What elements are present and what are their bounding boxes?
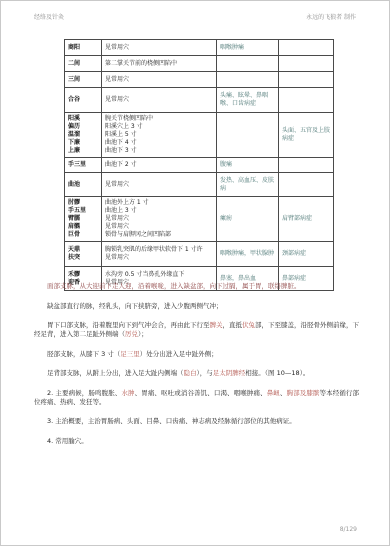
point-name-cell: 肘髎手五里臂臑肩髃巨骨 xyxy=(65,197,102,242)
point-indication-cell xyxy=(217,113,279,158)
point-name-cell: 曲池 xyxy=(65,173,102,197)
body-paragraphs: 面部支脉，从大迎前下走人迎，沿着喉咙，进入缺盆部，向下过膈，属于胃，联络脾脏。缺… xyxy=(34,282,359,456)
document-page: 经络及针灸 永远的飞狼者 制作 商阳见常用穴咽喉肿痛二间第二掌关节前的桡侧凹陷中… xyxy=(0,0,390,546)
point-name-cell: 二间 xyxy=(65,56,102,72)
paragraph: 面部支脉，从大迎前下走人迎，沿着喉咙，进入缺盆部，向下过膈，属于胃，联络脾脏。 xyxy=(34,282,359,291)
point-indication-cell: 发热、高血压、皮肤病 xyxy=(217,173,279,197)
point-location-cell: 第二掌关节前的桡侧凹陷中 xyxy=(102,56,217,72)
paragraph-text: 4. 常用腧穴。 xyxy=(47,437,88,445)
page-number: 8/129 xyxy=(340,526,357,533)
point-indication-cell: 腹痛 xyxy=(217,158,279,173)
highlighted-term: 髀关 xyxy=(210,321,223,329)
table-row: 手三里曲池下 2 寸腹痛 xyxy=(65,158,334,173)
highlighted-term: 厉兑 xyxy=(125,330,138,338)
point-location-cell: 见常用穴 xyxy=(102,173,217,197)
point-category-cell xyxy=(279,173,334,197)
highlighted-term: 胸部及膝髌 xyxy=(287,389,320,397)
paragraph: 胫部支脉，从膝下 3 寸（足三里）处分出进入足中趾外侧； xyxy=(34,350,359,359)
point-indication-cell: 咽喉肿痛，甲状腺肿 xyxy=(217,242,279,267)
point-location-cell: 见常用穴 xyxy=(102,40,217,56)
paragraph-text: ），与 xyxy=(197,369,213,377)
paragraph-text: 、胃痛、呕吐或消谷善饥、口渴、咽喉肿痛、 xyxy=(135,389,267,397)
highlighted-term: 足三里 xyxy=(120,350,140,358)
point-name-cell: 合谷 xyxy=(65,88,102,113)
point-category-cell xyxy=(279,40,334,56)
paragraph-text: 胃下口部支脉，沿着腹里向下到气冲会合，再由此下行至 xyxy=(47,321,210,329)
paragraph-text: ，直抵 xyxy=(223,321,243,329)
header-right-credit: 永远的飞狼者 制作 xyxy=(306,14,356,21)
paragraph-text: ）处分出进入足中趾外侧； xyxy=(140,350,218,358)
table-row: 曲池见常用穴发热、高血压、皮肤病 xyxy=(65,173,334,197)
table-row: 天鼎扶突胸锁乳突肌的后缘甲状软骨下 1 寸许见常用穴咽喉肿痛，甲状腺肿颈部病症 xyxy=(65,242,334,267)
table-row: 三间见常用穴 xyxy=(65,72,334,88)
point-category-cell: 头面、五官及上肢病症 xyxy=(279,113,334,158)
point-location-cell: 见常用穴 xyxy=(102,88,217,113)
acupoints-table: 商阳见常用穴咽喉肿痛二间第二掌关节前的桡侧凹陷中三间见常用穴合谷见常用穴头痛、眩… xyxy=(64,39,334,291)
point-category-cell xyxy=(279,158,334,173)
paragraph: 3. 主治概要，主治胃肠病、头面、目鼻、口齿痛、神志病及经脉循行部位的其他病证。 xyxy=(34,417,359,426)
point-name-cell: 三间 xyxy=(65,72,102,88)
paragraph-text: 、 xyxy=(280,389,287,397)
point-location-cell: 见常用穴 xyxy=(102,72,217,88)
paragraph: 足背部支脉，从跗上分出，进入足大趾内侧端（隐白），与足太阴脾经相接。（图 10—… xyxy=(34,369,359,378)
point-category-cell: 肩臂部病症 xyxy=(279,197,334,242)
point-indication-cell xyxy=(217,72,279,88)
highlighted-term: 隐白 xyxy=(184,369,197,377)
header-left-title: 经络及针灸 xyxy=(34,14,64,21)
highlighted-term: 水肿 xyxy=(121,389,134,397)
table-row: 商阳见常用穴咽喉肿痛 xyxy=(65,40,334,56)
point-indication-cell: 瘰疬 xyxy=(217,197,279,242)
point-location-cell: 曲池下 2 寸 xyxy=(102,158,217,173)
point-name-cell: 商阳 xyxy=(65,40,102,56)
point-location-cell: 腕关节桡侧凹陷中阳溪穴上 3 寸阳溪上 5 寸曲池下 4 寸曲池下 3 寸 xyxy=(102,113,217,158)
table-row: 二间第二掌关节前的桡侧凹陷中 xyxy=(65,56,334,72)
point-name-cell: 手三里 xyxy=(65,158,102,173)
point-location-cell: 胸锁乳突肌的后缘甲状软骨下 1 寸许见常用穴 xyxy=(102,242,217,267)
point-indication-cell xyxy=(217,56,279,72)
paragraph-text: 缺盆部直行的脉，经乳头，向下挟脐旁，进入少腹两侧气冲； xyxy=(47,302,223,310)
point-category-cell xyxy=(279,56,334,72)
paragraph: 2. 主要病候，肠鸣腹胀、水肿、胃痛、呕吐或消谷善饥、口渴、咽喉肿痛、鼻衄、胸部… xyxy=(34,389,359,407)
highlighted-term: 足太阴脾经 xyxy=(213,369,246,377)
paragraph-text: 足背部支脉，从跗上分出，进入足大趾内侧端（ xyxy=(47,369,184,377)
table-row: 阳溪偏历温溜下廉上廉腕关节桡侧凹陷中阳溪穴上 3 寸阳溪上 5 寸曲池下 4 寸… xyxy=(65,113,334,158)
paragraph-text: 3. 主治概要，主治胃肠病、头面、目鼻、口齿痛、神志病及经脉循行部位的其他病证。 xyxy=(47,417,296,425)
point-category-cell xyxy=(279,72,334,88)
highlighted-term: 鼻衄 xyxy=(267,389,280,397)
point-category-cell xyxy=(279,88,334,113)
paragraph-text: 2. 主要病候，肠鸣腹胀、 xyxy=(47,389,121,397)
point-name-cell: 天鼎扶突 xyxy=(65,242,102,267)
paragraph: 缺盆部直行的脉，经乳头，向下挟脐旁，进入少腹两侧气冲； xyxy=(34,302,359,311)
table-row: 合谷见常用穴头痛、眩晕、鼻咽喉、口齿病症 xyxy=(65,88,334,113)
paragraph-text: ）； xyxy=(138,330,148,338)
highlighted-term: 伏兔 xyxy=(242,321,255,329)
paragraph: 胃下口部支脉，沿着腹里向下到气冲会合，再由此下行至髀关，直抵伏兔部，下至膝盖，沿… xyxy=(34,321,359,339)
table-row: 肘髎手五里臂臑肩髃巨骨曲池外上方 1 寸曲池上 3 寸见常用穴见常用穴锁骨与肩胛… xyxy=(65,197,334,242)
page-header: 经络及针灸 永远的飞狼者 制作 xyxy=(34,14,356,21)
point-location-cell: 曲池外上方 1 寸曲池上 3 寸见常用穴见常用穴锁骨与肩胛冈之间凹陷部 xyxy=(102,197,217,242)
point-name-cell: 阳溪偏历温溜下廉上廉 xyxy=(65,113,102,158)
paragraph: 4. 常用腧穴。 xyxy=(34,437,359,446)
point-indication-cell: 咽喉肿痛 xyxy=(217,40,279,56)
paragraph-text: 胫部支脉，从膝下 3 寸（ xyxy=(47,350,120,358)
acupoints-table-body: 商阳见常用穴咽喉肿痛二间第二掌关节前的桡侧凹陷中三间见常用穴合谷见常用穴头痛、眩… xyxy=(65,40,334,291)
paragraph-text: 相接。（图 10—18）。 xyxy=(245,369,309,377)
paragraph-text: 面部支脉，从大迎前下走人迎，沿着喉咙，进入缺盆部，向下过膈，属于胃，联络脾脏。 xyxy=(47,282,301,290)
point-category-cell: 颈部病症 xyxy=(279,242,334,267)
point-indication-cell: 头痛、眩晕、鼻咽喉、口齿病症 xyxy=(217,88,279,113)
